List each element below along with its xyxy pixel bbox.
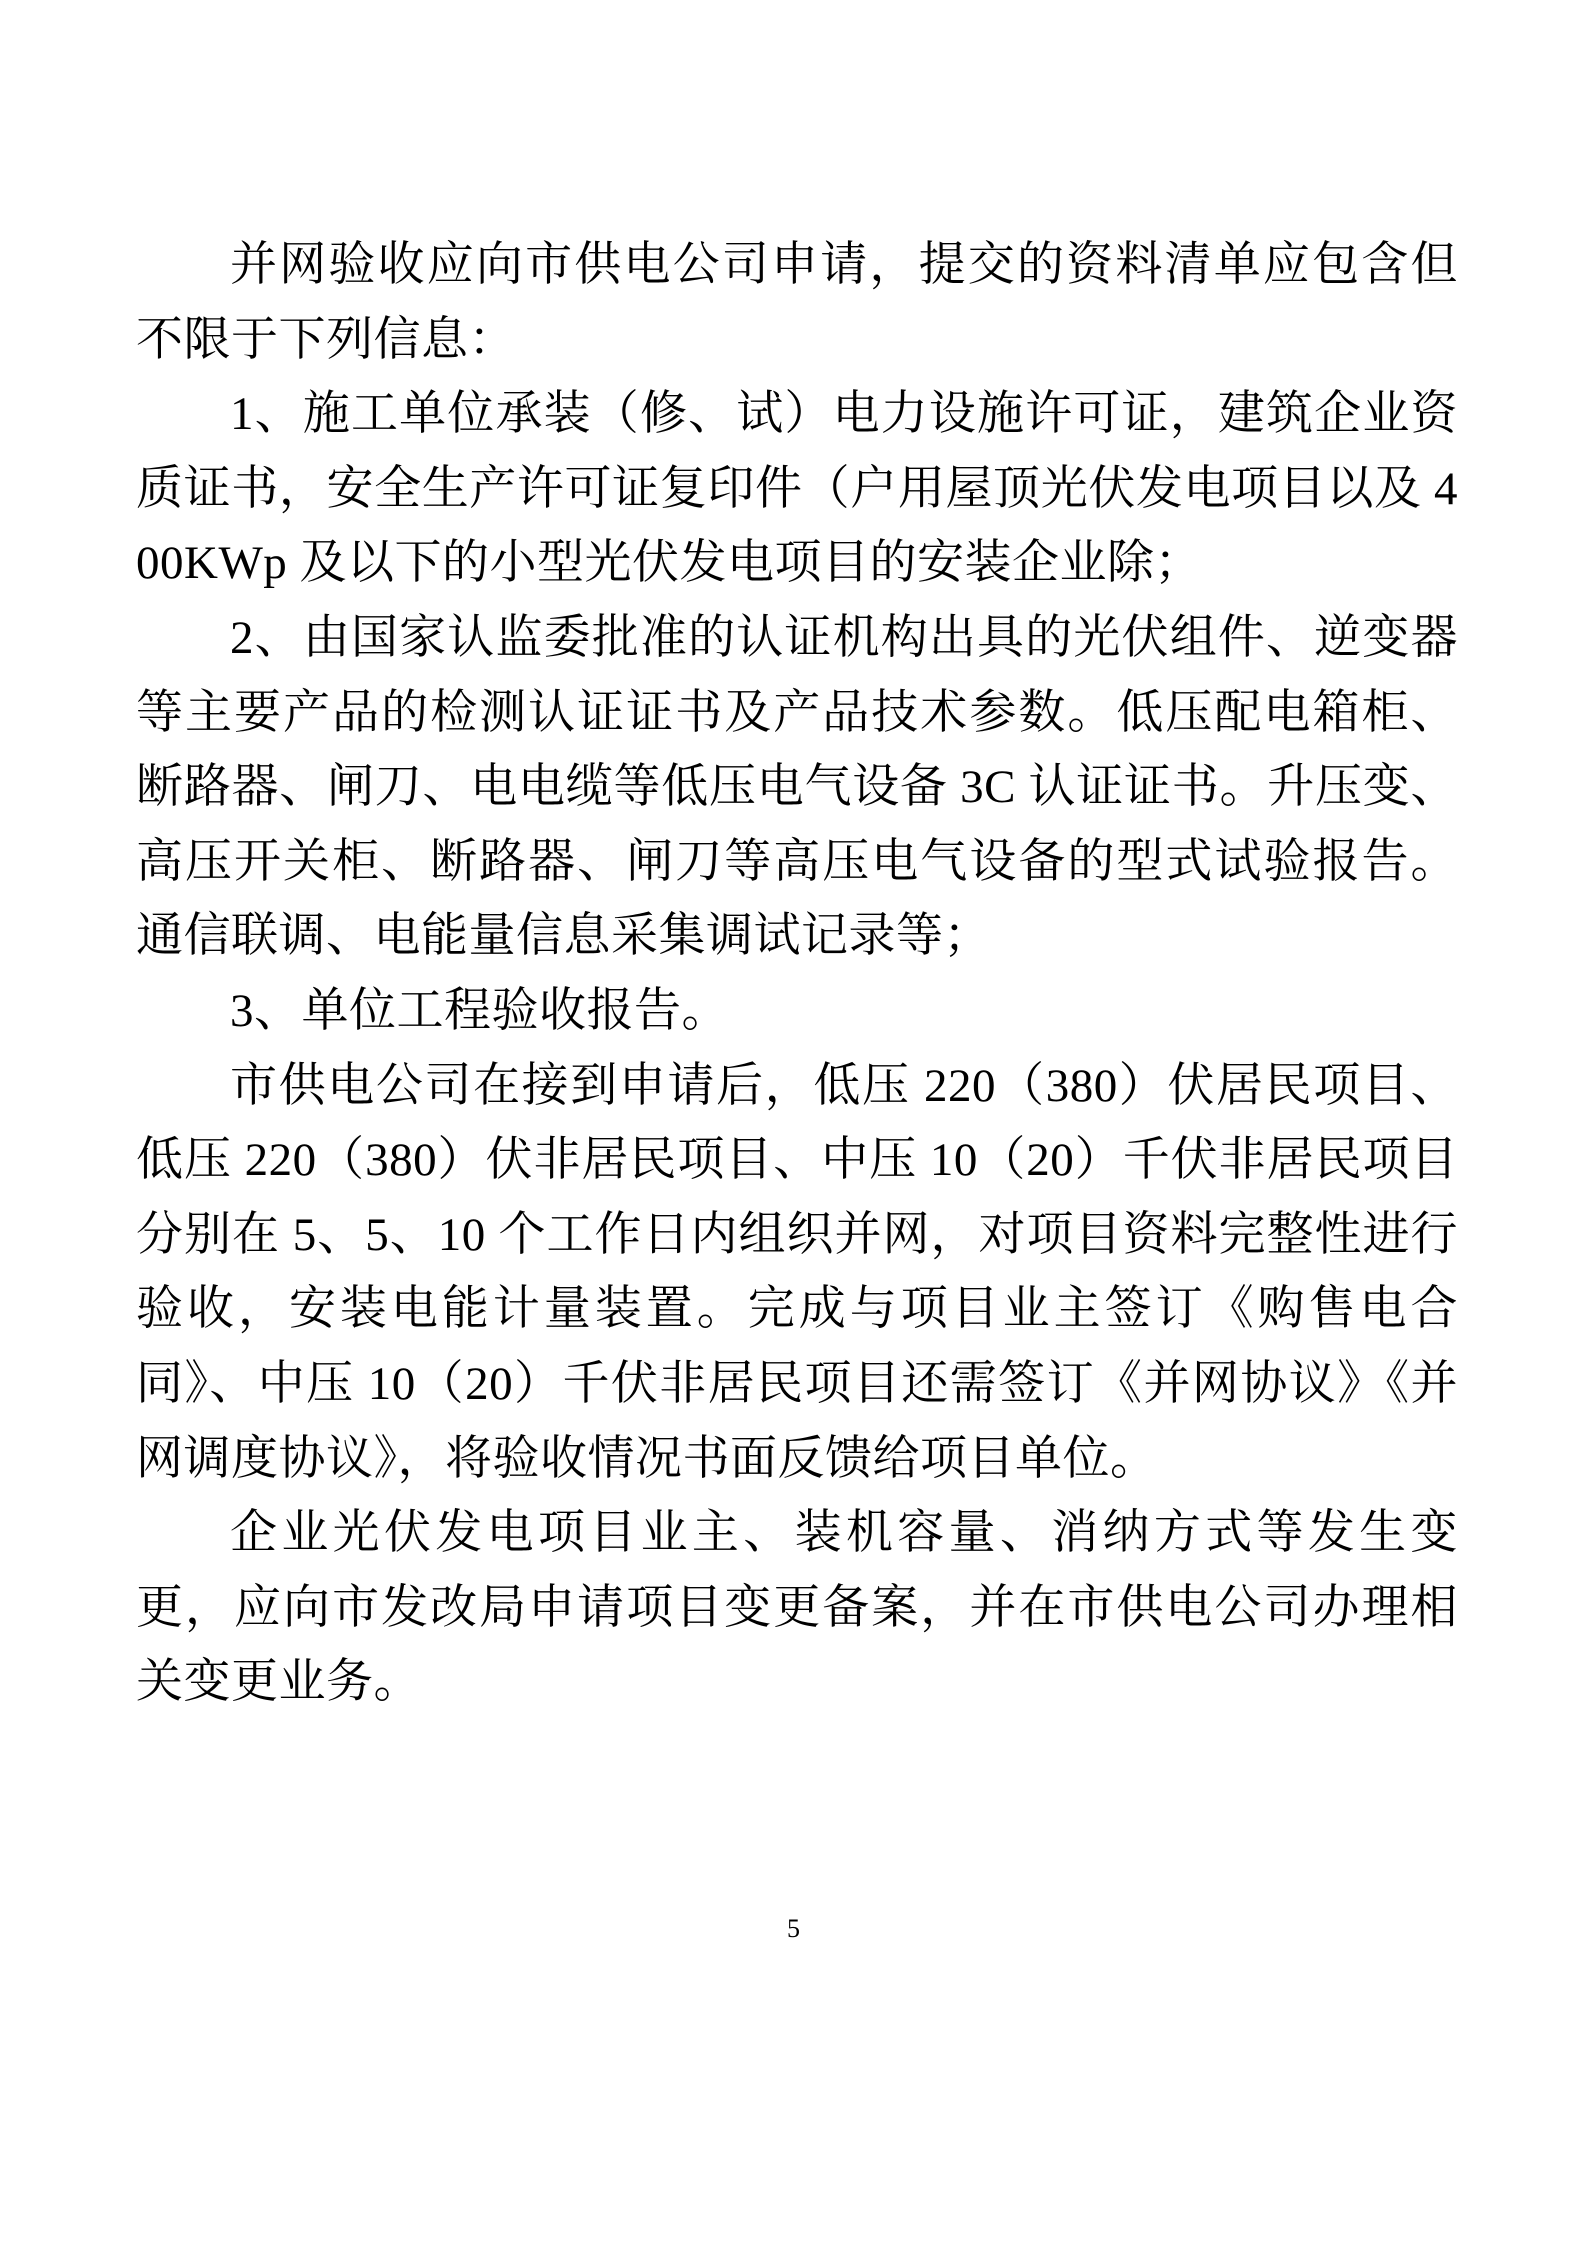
paragraph-grid-acceptance-intro: 并网验收应向市供电公司申请，提交的资料清单应包含但不限于下列信息：: [136, 228, 1458, 377]
page-number: 5: [787, 1914, 800, 1943]
page-footer: 5: [0, 1912, 1587, 1946]
document-body: 并网验收应向市供电公司申请，提交的资料清单应包含但不限于下列信息： 1、施工单位…: [136, 228, 1458, 1720]
paragraph-change-filing: 企业光伏发电项目业主、装机容量、消纳方式等发生变更，应向市发改局申请项目变更备案…: [136, 1496, 1458, 1720]
paragraph-grid-connection-process: 市供电公司在接到申请后，低压 220（380）伏居民项目、低压 220（380）…: [136, 1049, 1458, 1497]
document-page: 并网验收应向市供电公司申请，提交的资料清单应包含但不限于下列信息： 1、施工单位…: [0, 0, 1587, 2245]
paragraph-item-1-construction-permits: 1、施工单位承装（修、试）电力设施许可证，建筑企业资质证书，安全生产许可证复印件…: [136, 377, 1458, 601]
paragraph-item-2-certification-documents: 2、由国家认监委批准的认证机构出具的光伏组件、逆变器等主要产品的检测认证证书及产…: [136, 601, 1458, 974]
paragraph-item-3-acceptance-report: 3、单位工程验收报告。: [136, 974, 1458, 1049]
